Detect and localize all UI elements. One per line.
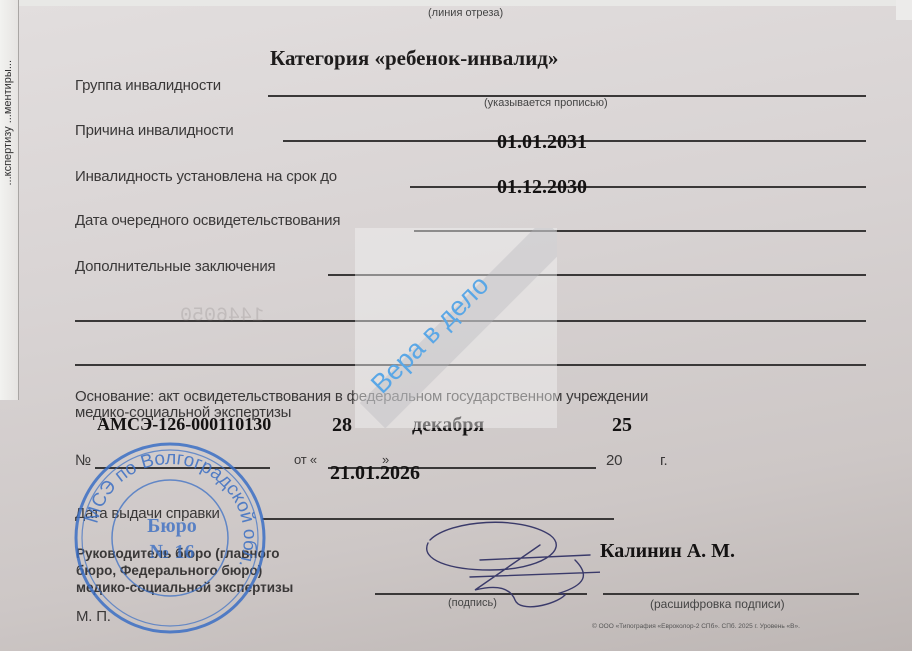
field-line-term-until (410, 186, 866, 188)
field-hint-disability-group: (указывается прописью) (484, 97, 608, 109)
printer-note: © ООО «Типография «Евроколор-2 СПб». СПб… (592, 623, 800, 630)
act-from-prefix: от « (294, 452, 317, 467)
act-year-prefix: 20 (606, 452, 622, 469)
stamp-center-line-2: № 16 (149, 541, 194, 563)
left-edge-strip: ...кспертизу ...ментиры... (0, 0, 19, 400)
right-edge-strip (896, 0, 912, 20)
field-label-additional: Дополнительные заключения (75, 258, 275, 275)
field-value-disability-cause: 01.01.2031 (497, 131, 587, 154)
act-day-value: 28 (332, 414, 352, 437)
cut-line-caption: (линия отреза) (428, 7, 503, 19)
field-label-next-exam: Дата очередного освидетельствования (75, 212, 340, 229)
field-label-disability-group: Группа инвалидности (75, 77, 221, 94)
top-torn-strip (0, 0, 912, 6)
field-label-term-until: Инвалидность установлена на срок до (75, 168, 337, 185)
name-caption: (расшифровка подписи) (650, 597, 785, 611)
left-edge-text: ...кспертизу ...ментиры... (2, 60, 14, 186)
field-value-term-until: 01.12.2030 (497, 176, 587, 199)
field-label-disability-cause: Причина инвалидности (75, 122, 234, 139)
act-number-value: АМСЭ-126-000110130 (97, 414, 271, 435)
certificate-page: ...кспертизу ...ментиры... (линия отреза… (0, 0, 912, 651)
faint-backside-number: 1446050 (180, 305, 264, 328)
stamp-center-line-1: Бюро (147, 515, 197, 537)
form-title: Категория «ребенок-инвалид» (270, 46, 558, 71)
bureau-stamp: МСЭ по Волгоградской обл. Бюро № 16 (72, 440, 268, 636)
signatory-name-value: Калинин А. М. (600, 540, 735, 563)
act-year-unit: г. (660, 452, 667, 469)
act-year-value: 25 (612, 414, 632, 437)
name-line (603, 593, 859, 595)
issue-date-value: 21.01.2026 (330, 462, 420, 485)
signature-scribble (400, 515, 600, 615)
watermark-box: Вера в дело (355, 228, 557, 428)
